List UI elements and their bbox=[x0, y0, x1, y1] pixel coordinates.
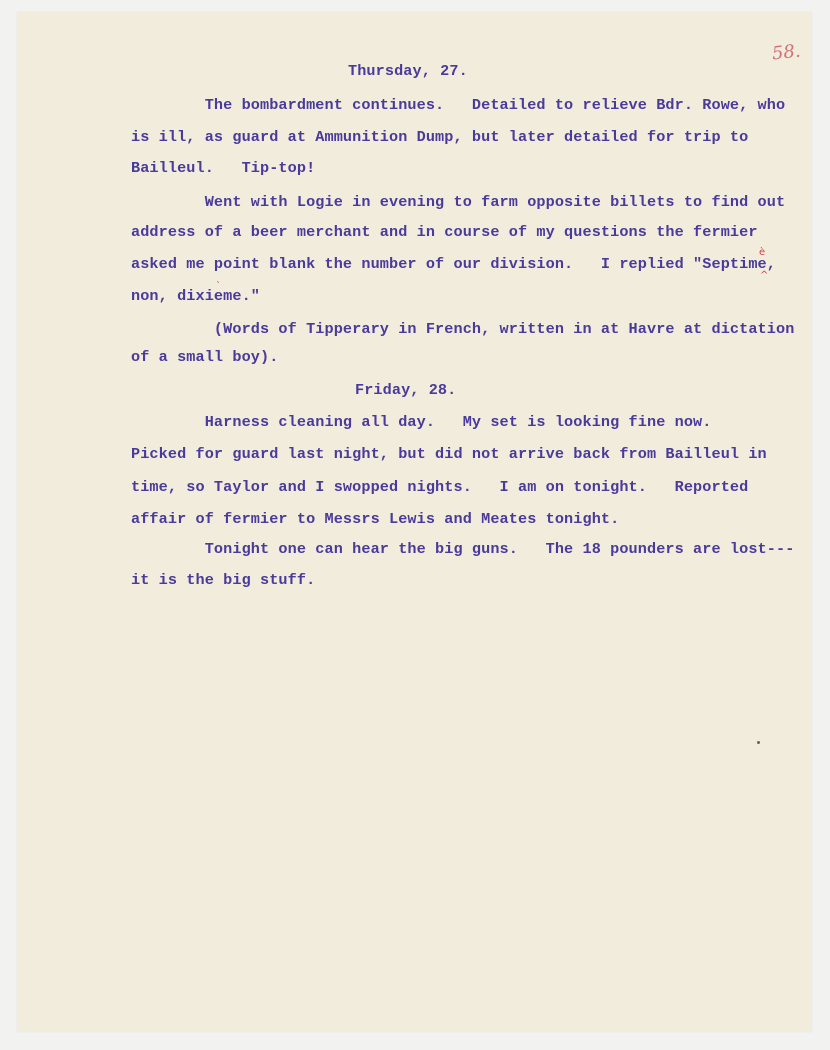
text-line: time, so Taylor and I swopped nights. I … bbox=[131, 478, 748, 496]
entry-heading-thursday: Thursday, 27. bbox=[348, 62, 468, 80]
text-line: Went with Logie in evening to farm oppos… bbox=[131, 193, 785, 211]
text-line: The bombardment continues. Detailed to r… bbox=[131, 96, 785, 114]
page-number-annotation: 58. bbox=[771, 41, 802, 65]
text-line: non, dixieme." bbox=[131, 287, 260, 305]
grave-accent-annotation: ` bbox=[216, 281, 221, 292]
text-line: of a small boy). bbox=[131, 348, 278, 366]
entry-heading-friday: Friday, 28. bbox=[355, 381, 456, 399]
text-line: Harness cleaning all day. My set is look… bbox=[131, 413, 711, 431]
text-line: it is the big stuff. bbox=[131, 571, 315, 589]
text-line: Picked for guard last night, but did not… bbox=[131, 445, 767, 463]
text-line: (Words of Tipperary in French, written i… bbox=[131, 320, 794, 338]
text-line: Tonight one can hear the big guns. The 1… bbox=[131, 540, 794, 558]
accent-insert-annotation: è bbox=[759, 247, 765, 258]
text-line: is ill, as guard at Ammunition Dump, but… bbox=[131, 128, 748, 146]
text-line: Bailleul. Tip-top! bbox=[131, 159, 315, 177]
text-line: asked me point blank the number of our d… bbox=[131, 255, 776, 273]
text-line: address of a beer merchant and in course… bbox=[131, 223, 758, 241]
caret-annotation: ^ bbox=[760, 270, 768, 281]
text-line: affair of fermier to Messrs Lewis and Me… bbox=[131, 510, 619, 528]
paper-speck bbox=[757, 741, 760, 744]
